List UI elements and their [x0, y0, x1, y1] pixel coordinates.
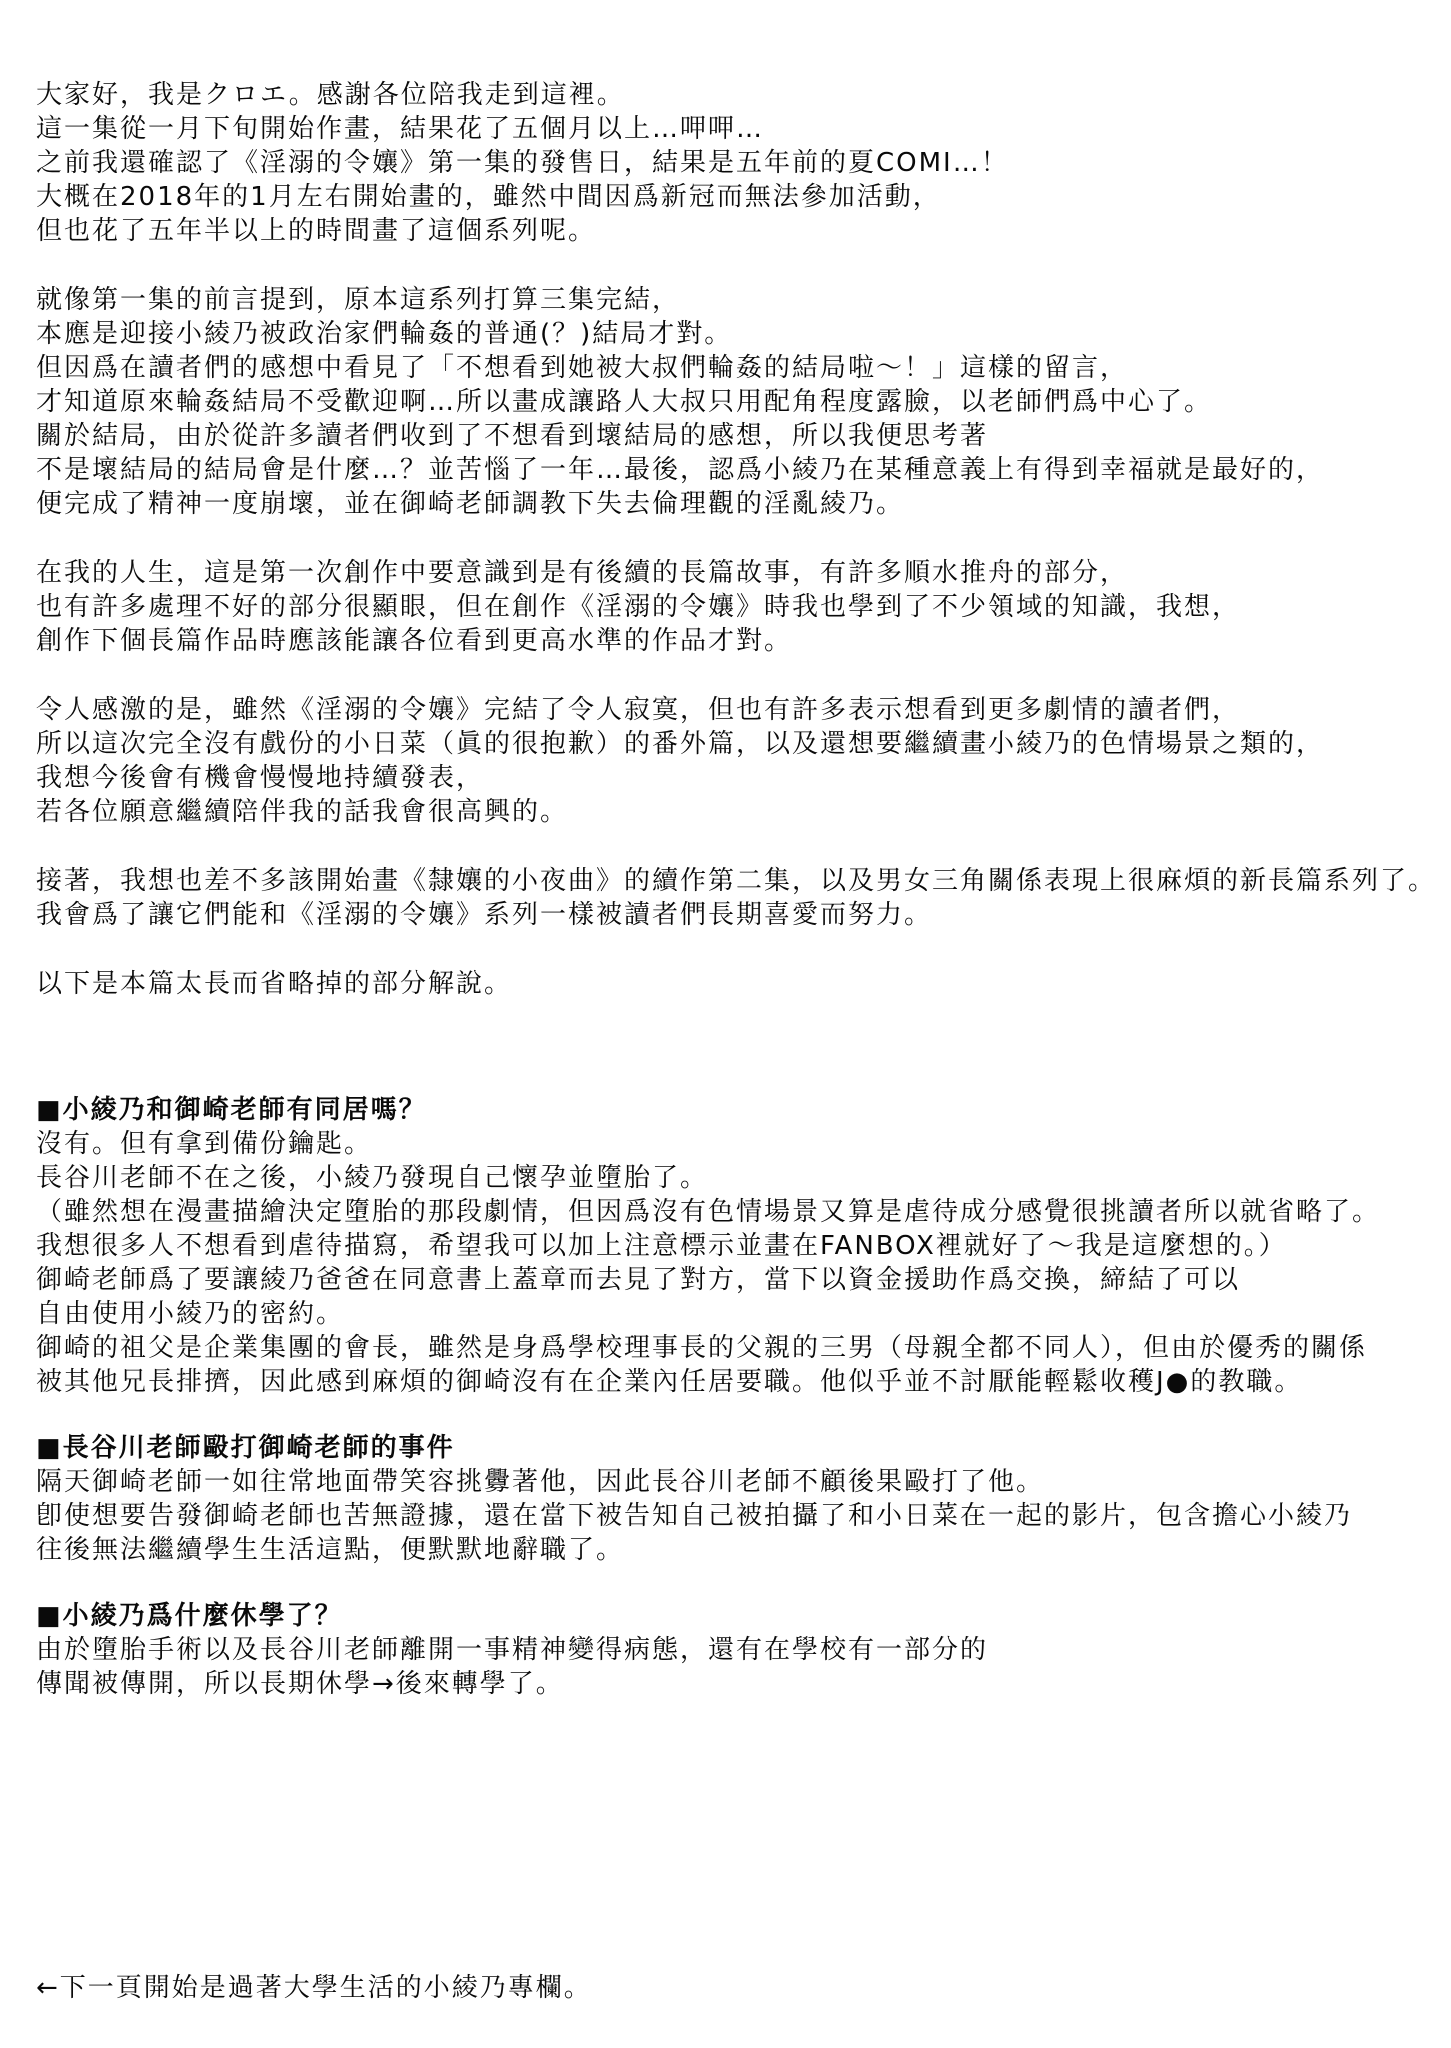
text-line: 若各位願意繼續陪伴我的話我會很高興的。: [36, 795, 1431, 829]
text-line: 才知道原來輪姦結局不受歡迎啊…所以畫成讓路人大叔只用配角程度露臉，以老師們爲中心…: [36, 385, 1431, 419]
text-line: 自由使用小綾乃的密約。: [36, 1297, 1431, 1331]
text-line: 也有許多處理不好的部分很顯眼，但在創作《淫溺的令孃》時我也學到了不少領域的知識，…: [36, 590, 1431, 624]
text-line: 長谷川老師不在之後，小綾乃發現自己懷孕並墮胎了。: [36, 1161, 1431, 1195]
text-line: 便完成了精神一度崩壞，並在御崎老師調教下失去倫理觀的淫亂綾乃。: [36, 487, 1431, 521]
section-heading: ■小綾乃和御崎老師有同居嗎？: [36, 1093, 1431, 1127]
text-line: 往後無法繼續學生生活這點，便默默地辭職了。: [36, 1533, 1431, 1567]
paragraph: 大家好，我是クロエ。感謝各位陪我走到這裡。這一集從一月下旬開始作畫，結果花了五個…: [36, 78, 1431, 248]
text-line: 我想很多人不想看到虐待描寫，希望我可以加上注意標示並畫在FANBOX裡就好了～我…: [36, 1229, 1431, 1263]
text-line: 隔天御崎老師一如往常地面帶笑容挑釁著他，因此長谷川老師不顧後果毆打了他。: [36, 1465, 1431, 1499]
text-line: 不是壞結局的結局會是什麼…？並苦惱了一年…最後，認爲小綾乃在某種意義上有得到幸福…: [36, 453, 1431, 487]
paragraph: 就像第一集的前言提到，原本這系列打算三集完結，本應是迎接小綾乃被政治家們輪姦的普…: [36, 283, 1431, 521]
qa-section: ■小綾乃爲什麼休學了？由於墮胎手術以及長谷川老師離開一事精神變得病態，還有在學校…: [36, 1599, 1431, 1701]
text-line: 在我的人生，這是第一次創作中要意識到是有後續的長篇故事，有許多順水推舟的部分，: [36, 556, 1431, 590]
text-line: 但也花了五年半以上的時間畫了這個系列呢。: [36, 214, 1431, 248]
omitted-note: 以下是本篇太長而省略掉的部分解說。: [36, 967, 1431, 1001]
text-line: 接著，我想也差不多該開始畫《隸孃的小夜曲》的續作第二集，以及男女三角關係表現上很…: [36, 864, 1431, 898]
text-line: 關於結局，由於從許多讀者們收到了不想看到壞結局的感想，所以我便思考著: [36, 419, 1431, 453]
section-heading: ■小綾乃爲什麼休學了？: [36, 1599, 1431, 1633]
text-line: 我會爲了讓它們能和《淫溺的令孃》系列一樣被讀者們長期喜愛而努力。: [36, 898, 1431, 932]
paragraph: 接著，我想也差不多該開始畫《隸孃的小夜曲》的續作第二集，以及男女三角關係表現上很…: [36, 864, 1431, 932]
text-line: 但因爲在讀者們的感想中看見了「不想看到她被大叔們輪姦的結局啦～！」這樣的留言，: [36, 351, 1431, 385]
text-line: 令人感激的是，雖然《淫溺的令孃》完結了令人寂寞，但也有許多表示想看到更多劇情的讀…: [36, 693, 1431, 727]
qa-sections: ■小綾乃和御崎老師有同居嗎？沒有。但有拿到備份鑰匙。長谷川老師不在之後，小綾乃發…: [36, 1093, 1431, 1701]
text-line: 所以這次完全沒有戲份的小日菜（眞的很抱歉）的番外篇，以及還想要繼續畫小綾乃的色情…: [36, 727, 1431, 761]
text-line: 我想今後會有機會慢慢地持續發表，: [36, 761, 1431, 795]
afterword-page: 大家好，我是クロエ。感謝各位陪我走到這裡。這一集從一月下旬開始作畫，結果花了五個…: [0, 0, 1451, 2048]
page-content: 大家好，我是クロエ。感謝各位陪我走到這裡。這一集從一月下旬開始作畫，結果花了五個…: [36, 78, 1431, 2005]
text-line: 沒有。但有拿到備份鑰匙。: [36, 1127, 1431, 1161]
paragraph: 在我的人生，這是第一次創作中要意識到是有後續的長篇故事，有許多順水推舟的部分，也…: [36, 556, 1431, 658]
qa-section: ■長谷川老師毆打御崎老師的事件隔天御崎老師一如往常地面帶笑容挑釁著他，因此長谷川…: [36, 1431, 1431, 1567]
text-line: （雖然想在漫畫描繪決定墮胎的那段劇情，但因爲沒有色情場景又算是虐待成分感覺很挑讀…: [36, 1195, 1431, 1229]
text-line: 御崎老師爲了要讓綾乃爸爸在同意書上蓋章而去見了對方，當下以資金援助作爲交換，締結…: [36, 1263, 1431, 1297]
qa-section: ■小綾乃和御崎老師有同居嗎？沒有。但有拿到備份鑰匙。長谷川老師不在之後，小綾乃發…: [36, 1093, 1431, 1399]
next-page-note: ←下一頁開始是過著大學生活的小綾乃專欄。: [36, 1971, 1431, 2005]
text-line: 大家好，我是クロエ。感謝各位陪我走到這裡。: [36, 78, 1431, 112]
intro-paragraphs: 大家好，我是クロエ。感謝各位陪我走到這裡。這一集從一月下旬開始作畫，結果花了五個…: [36, 78, 1431, 932]
text-line: 就像第一集的前言提到，原本這系列打算三集完結，: [36, 283, 1431, 317]
text-line: 本應是迎接小綾乃被政治家們輪姦的普通(？)結局才對。: [36, 317, 1431, 351]
text-line: 之前我還確認了《淫溺的令孃》第一集的發售日，結果是五年前的夏COMI…！: [36, 146, 1431, 180]
text-line: 創作下個長篇作品時應該能讓各位看到更高水準的作品才對。: [36, 624, 1431, 658]
text-line: 這一集從一月下旬開始作畫，結果花了五個月以上…呷呷…: [36, 112, 1431, 146]
text-line: 由於墮胎手術以及長谷川老師離開一事精神變得病態，還有在學校有一部分的: [36, 1633, 1431, 1667]
text-line: 御崎的祖父是企業集團的會長，雖然是身爲學校理事長的父親的三男（母親全都不同人），…: [36, 1331, 1431, 1365]
text-line: 卽使想要告發御崎老師也苦無證據，還在當下被告知自己被拍攝了和小日菜在一起的影片，…: [36, 1499, 1431, 1533]
text-line: 傳聞被傳開，所以長期休學→後來轉學了。: [36, 1667, 1431, 1701]
text-line: 被其他兄長排擠，因此感到麻煩的御崎沒有在企業內任居要職。他似乎並不討厭能輕鬆收穫…: [36, 1365, 1431, 1399]
text-line: 大概在2018年的1月左右開始畫的，雖然中間因爲新冠而無法參加活動，: [36, 180, 1431, 214]
paragraph: 令人感激的是，雖然《淫溺的令孃》完結了令人寂寞，但也有許多表示想看到更多劇情的讀…: [36, 693, 1431, 829]
section-heading: ■長谷川老師毆打御崎老師的事件: [36, 1431, 1431, 1465]
